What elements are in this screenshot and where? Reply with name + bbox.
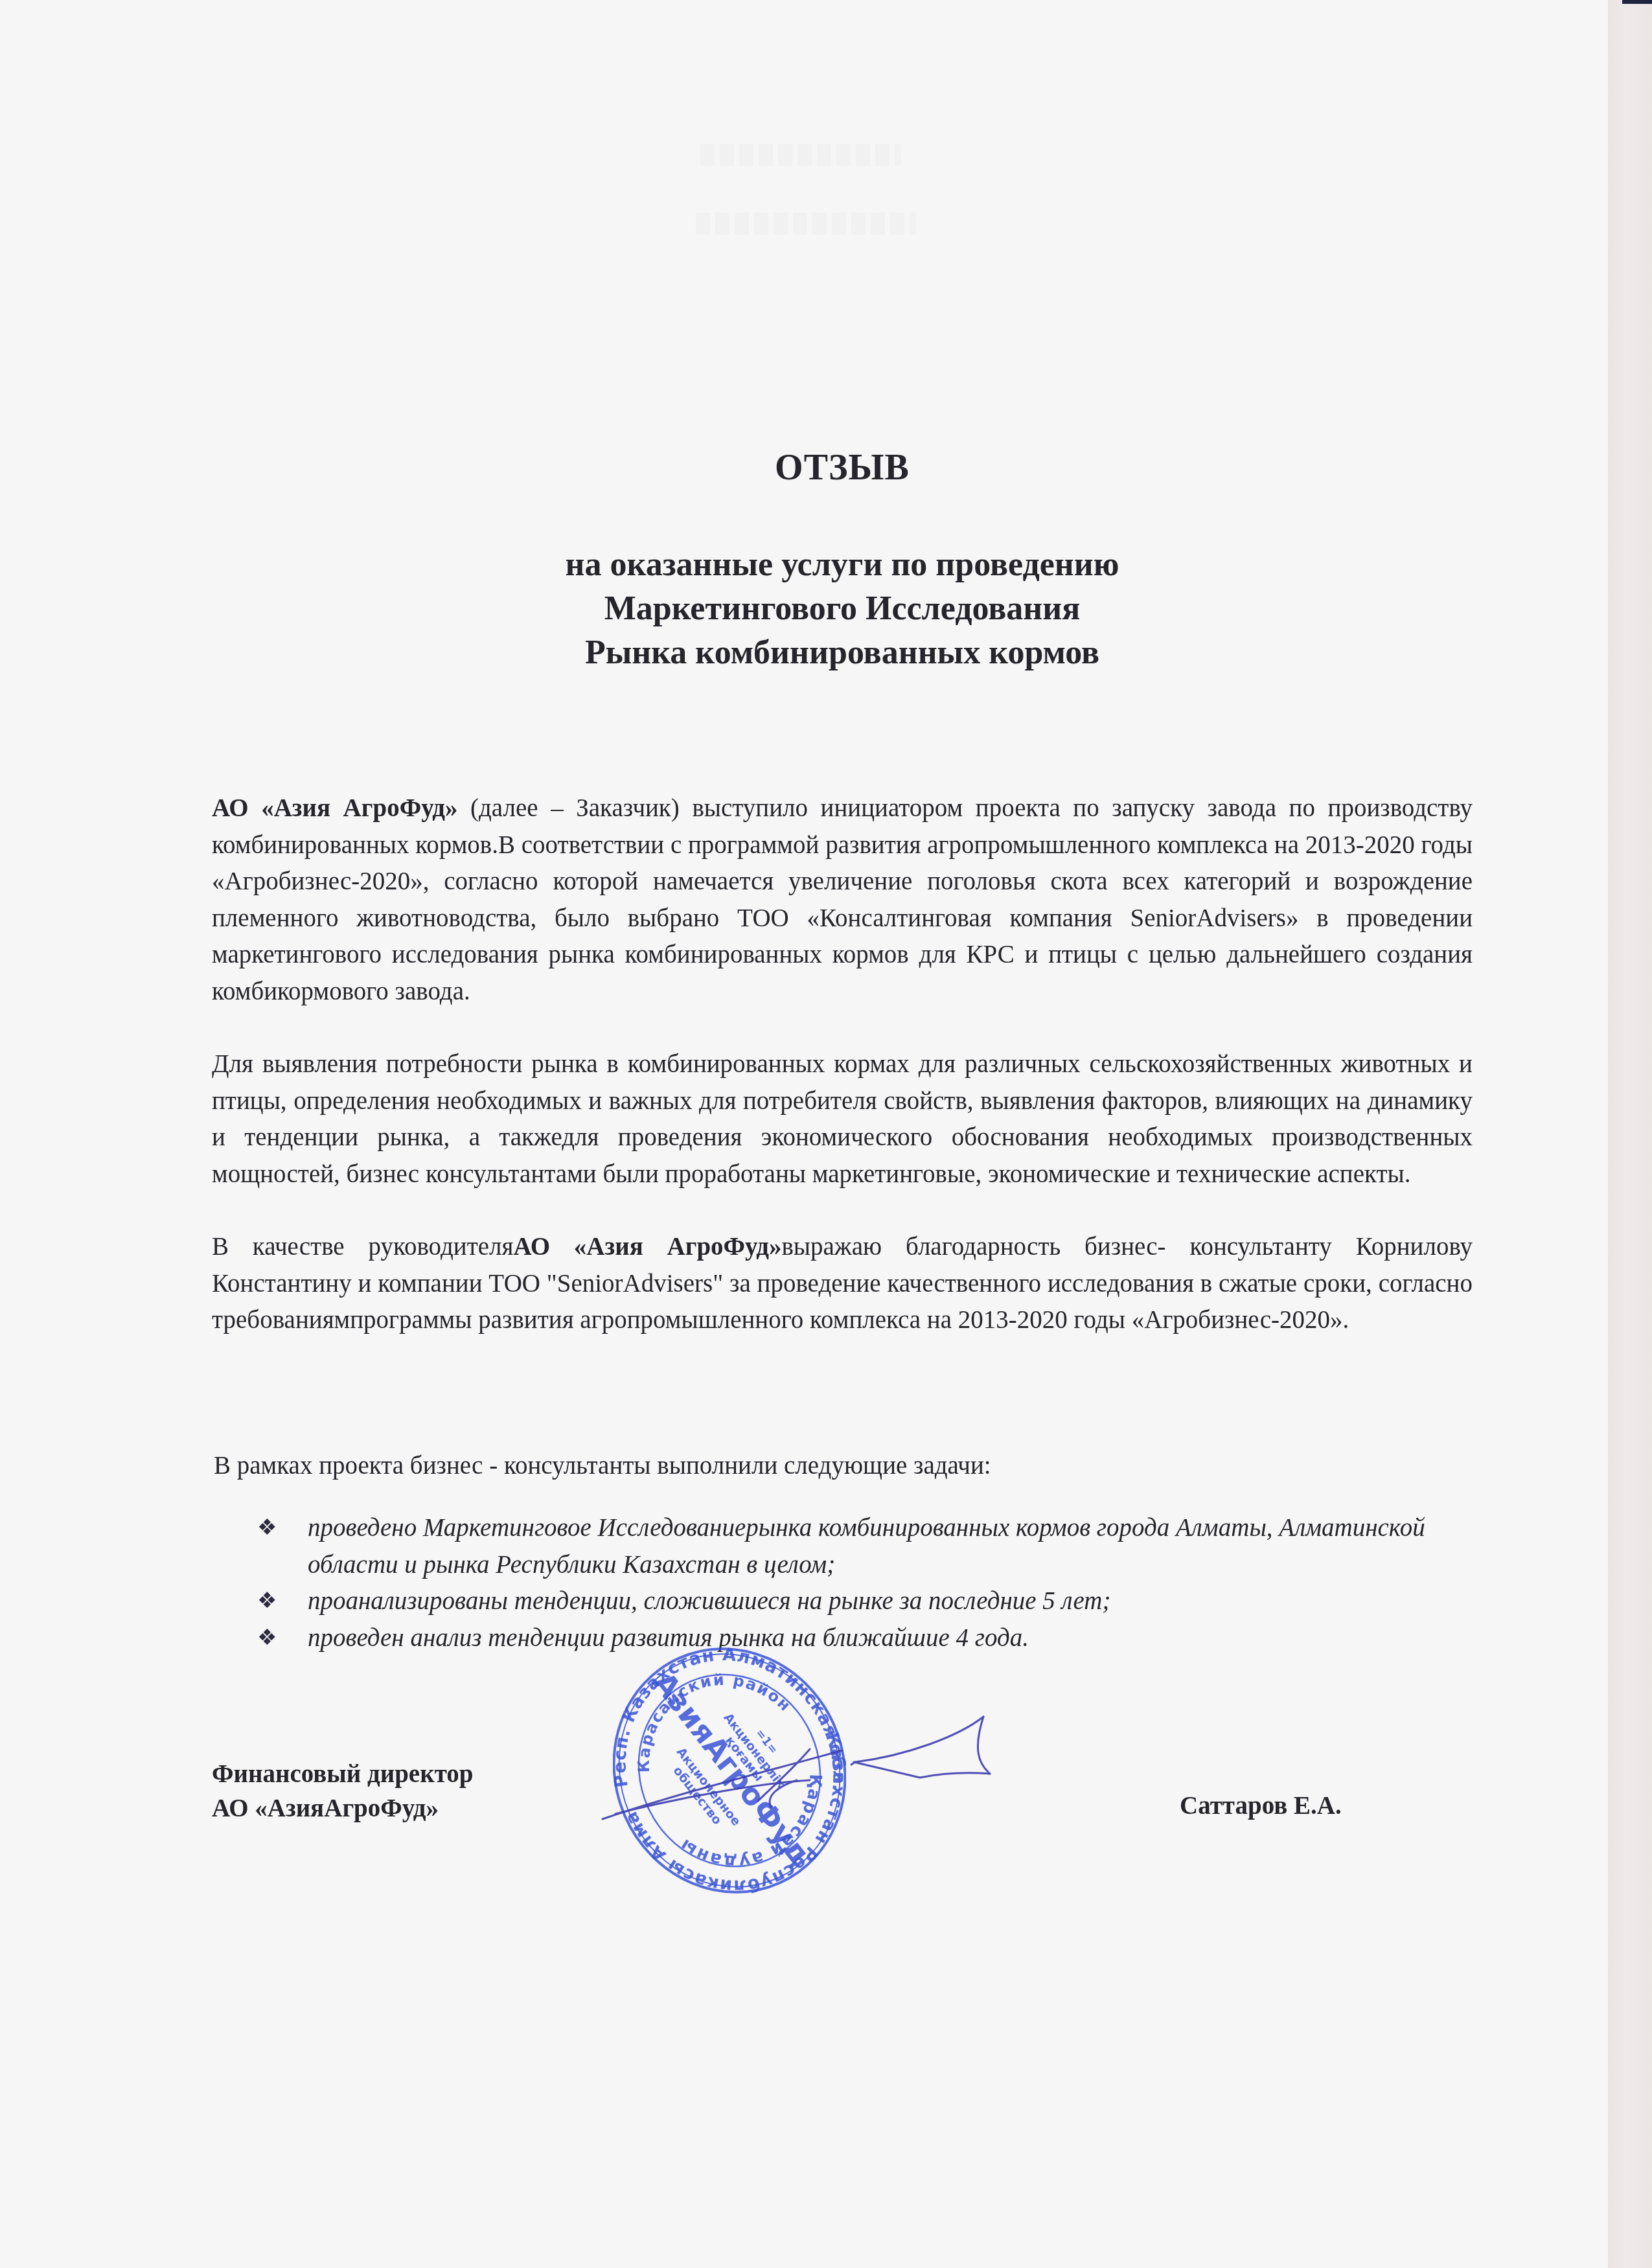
list-item: ❖ проведен анализ тенденции развития рын… <box>257 1620 1473 1657</box>
document-title: ОТЗЫВ <box>212 447 1473 488</box>
show-through-header-line-1 <box>700 144 901 166</box>
document-subtitle: на оказанные услуги по проведению Маркет… <box>212 543 1473 675</box>
list-item: ❖ проведено Маркетинговое Исследованиеры… <box>257 1510 1473 1583</box>
document-page: ОТЗЫВ на оказанные услуги по проведению … <box>0 0 1608 2268</box>
scanner-edge-strip <box>1608 0 1652 2268</box>
signer-company: АО «АзияАгроФуд» <box>212 1791 473 1826</box>
company-name-bold-2: АО «Азия АгроФуд» <box>513 1233 781 1261</box>
letter-body: АО «Азия АгроФуд» (далее – Заказчик) выс… <box>212 790 1473 1375</box>
company-name-bold: АО «Азия АгроФуд» <box>212 794 457 822</box>
diamond-bullet-icon: ❖ <box>257 1620 277 1657</box>
paragraph-intro: АО «Азия АгроФуд» (далее – Заказчик) выс… <box>212 790 1473 1010</box>
tasks-list: ❖ проведено Маркетинговое Исследованиеры… <box>257 1510 1473 1656</box>
signer-name: Саттаров Е.А. <box>1180 1791 1342 1820</box>
diamond-bullet-icon: ❖ <box>257 1510 277 1547</box>
list-item: ❖ проанализированы тенденции, сложившиес… <box>257 1583 1473 1620</box>
signer-title: Финансовый директор <box>212 1757 473 1791</box>
task-text: проанализированы тенденции, сложившиеся … <box>308 1587 1110 1615</box>
paragraph-research-goals: Для выявления потребности рынка в комбин… <box>212 1046 1473 1193</box>
paragraph-intro-text: (далее – Заказчик) выступило инициатором… <box>212 794 1473 1005</box>
show-through-header-line-2 <box>696 212 916 235</box>
paragraph-gratitude: В качестве руководителяАО «Азия АгроФуд»… <box>212 1229 1473 1339</box>
subtitle-line-2: Маркетингового Исследования <box>212 587 1473 631</box>
signer-position: Финансовый директор АО «АзияАгроФуд» <box>212 1757 473 1826</box>
gratitude-text-before: В качестве руководителя <box>212 1233 513 1261</box>
subtitle-line-1: на оказанные услуги по проведению <box>212 543 1473 587</box>
handwritten-signature-icon <box>596 1710 1011 1840</box>
diamond-bullet-icon: ❖ <box>257 1583 277 1620</box>
tasks-intro: В рамках проекта бизнес - консультанты в… <box>214 1448 991 1485</box>
subtitle-line-3: Рынка комбинированных кормов <box>212 631 1473 675</box>
task-text: проведено Маркетинговое Исследованиерынк… <box>308 1514 1425 1579</box>
